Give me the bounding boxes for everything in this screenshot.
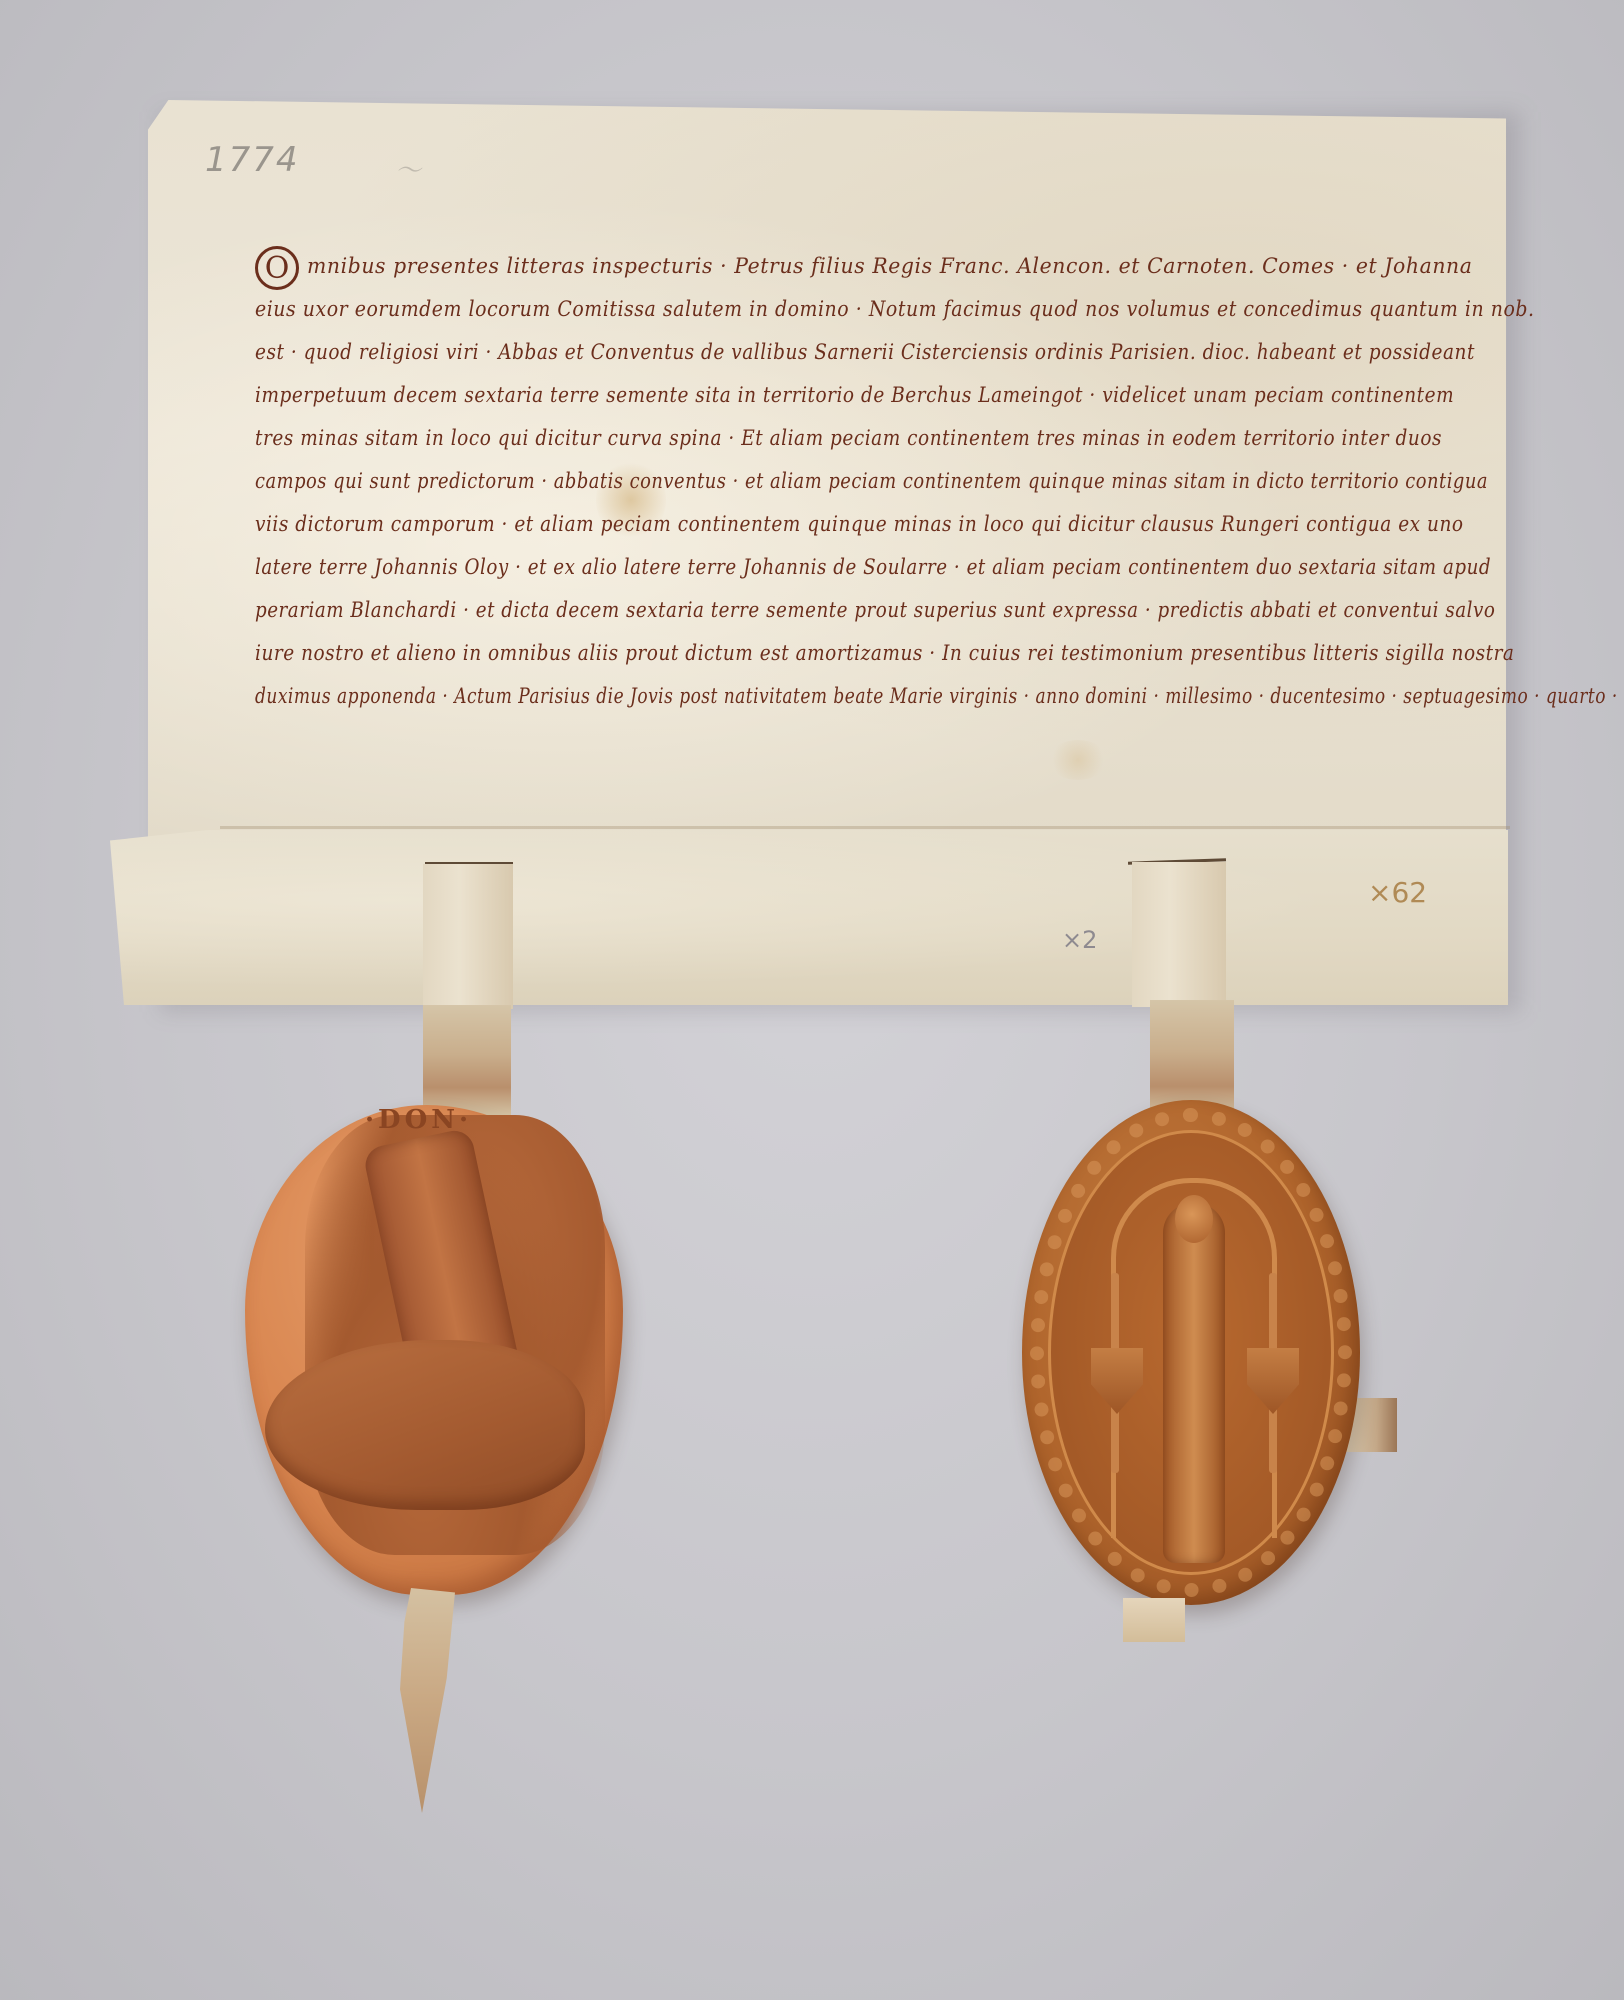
charter-line: iure nostro et alieno in omnibus aliis p… <box>255 641 1514 665</box>
fold-line <box>220 826 1510 829</box>
standing-lady-figure <box>1163 1203 1225 1563</box>
decorated-initial: O <box>255 246 299 290</box>
charter-line: perariam Blanchardi · et dicta decem sex… <box>255 598 1495 622</box>
pencil-scribble: 〜 <box>395 150 423 187</box>
stain <box>1048 740 1108 780</box>
seal-tag-left-tail <box>400 1588 455 1813</box>
seal-countess <box>1022 1100 1360 1605</box>
charter-line: latere terre Johannis Oloy · et ex alio … <box>255 555 1491 579</box>
plica-fold <box>110 830 1508 1005</box>
charter-line: tres minas sitam in loco qui dicitur cur… <box>255 426 1442 450</box>
archive-mark-center: ×2 <box>1062 926 1097 954</box>
pencil-catalogue-number: 1774 <box>205 140 300 180</box>
charter-line: duximus apponenda · Actum Parisius die J… <box>255 684 1618 708</box>
charter-line: imperpetuum decem sextaria terre semente… <box>255 383 1454 407</box>
seal-tag-left-lower <box>423 1005 511 1115</box>
seal-field <box>1048 1130 1334 1575</box>
seal-equestrian: ·DON· <box>245 1105 623 1595</box>
charter-line: eius uxor eorumdem locorum Comitissa sal… <box>255 297 1535 321</box>
archive-mark-right: ×62 <box>1368 876 1427 909</box>
seal-tag-right-lower <box>1150 1000 1234 1115</box>
seal-tag-left-upper <box>423 864 513 1009</box>
lady-head <box>1175 1195 1213 1243</box>
horse-figure <box>265 1340 585 1510</box>
seal-tag-right-bottom <box>1123 1598 1185 1642</box>
charter-line: campos qui sunt predictorum · abbatis co… <box>255 469 1488 493</box>
charter-line: viis dictorum camporum · et aliam peciam… <box>255 512 1464 536</box>
seal-tag-right-upper <box>1132 862 1226 1007</box>
charter-line: est · quod religiosi viri · Abbas et Con… <box>255 340 1475 364</box>
charter-line: mnibus presentes litteras inspecturis · … <box>307 254 1472 278</box>
